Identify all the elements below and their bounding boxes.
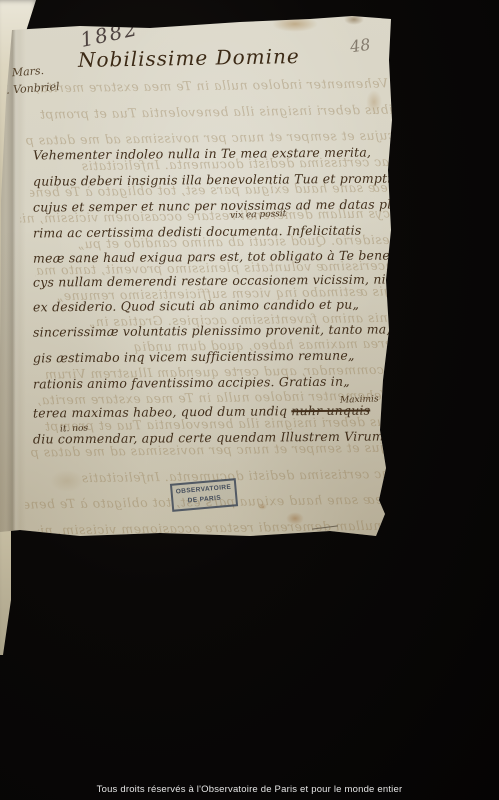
showthrough-line: cys nullam demerendi restare occasionem …: [38, 517, 408, 537]
salutation: Nobilissime Domine: [78, 44, 300, 72]
showthrough-line: rima ac certissima dedisti documenta. In…: [55, 465, 425, 485]
margin-note: 1 Mars. J. Vonbriel: [1, 62, 60, 99]
letter-line: rima ac certissima dedisti documenta. In…: [33, 223, 362, 241]
paper-stain: [286, 512, 304, 525]
letter-line: terea maximas habeo, quod dum undiq nuhr…: [33, 403, 370, 421]
margin-note-line2: J. Vonbriel: [2, 79, 60, 99]
letter-line: cys nullam demerendi restare occasionem …: [33, 271, 397, 289]
paper-stain: [344, 14, 364, 25]
paper-stain: [272, 16, 318, 32]
letter-line: gis æstimabo inq vicem sufficientissimo …: [33, 348, 355, 366]
letter-line: sincerissimæ voluntatis plenissimo prove…: [33, 321, 393, 339]
copyright-caption: Tous droits réservés à l'Observatoire de…: [0, 784, 499, 795]
manuscript-page: Vehementer indoleo nulla in Te mea exsta…: [0, 0, 400, 552]
paper-stain: [366, 90, 382, 114]
paper-stain: [258, 503, 267, 510]
interline-note: vix ea possit: [230, 209, 287, 221]
letter-line: ex desiderio. Quod sicuti ab animo candi…: [33, 297, 359, 315]
binding-crease: [6, 28, 20, 533]
letter-line: rationis animo faventissimo accipies. Gr…: [33, 374, 350, 392]
showthrough-line: Vehementer indoleo nulla in Te mea exsta…: [18, 75, 388, 95]
interline-note: Maximis: [340, 394, 379, 405]
showthrough-line: quibus deberi insignis illa benevolentia…: [40, 101, 410, 121]
letter-line: Vehementer indoleo nulla in Te mea exsta…: [33, 145, 371, 163]
photo-background: Vehementer indoleo nulla in Te mea exsta…: [0, 0, 499, 800]
interline-note: it. nos: [60, 424, 88, 435]
folio-number: 48: [349, 35, 372, 57]
observatoire-stamp: OBSERVATOIRE DE PARIS: [170, 478, 238, 512]
paper-stain: [50, 470, 84, 492]
